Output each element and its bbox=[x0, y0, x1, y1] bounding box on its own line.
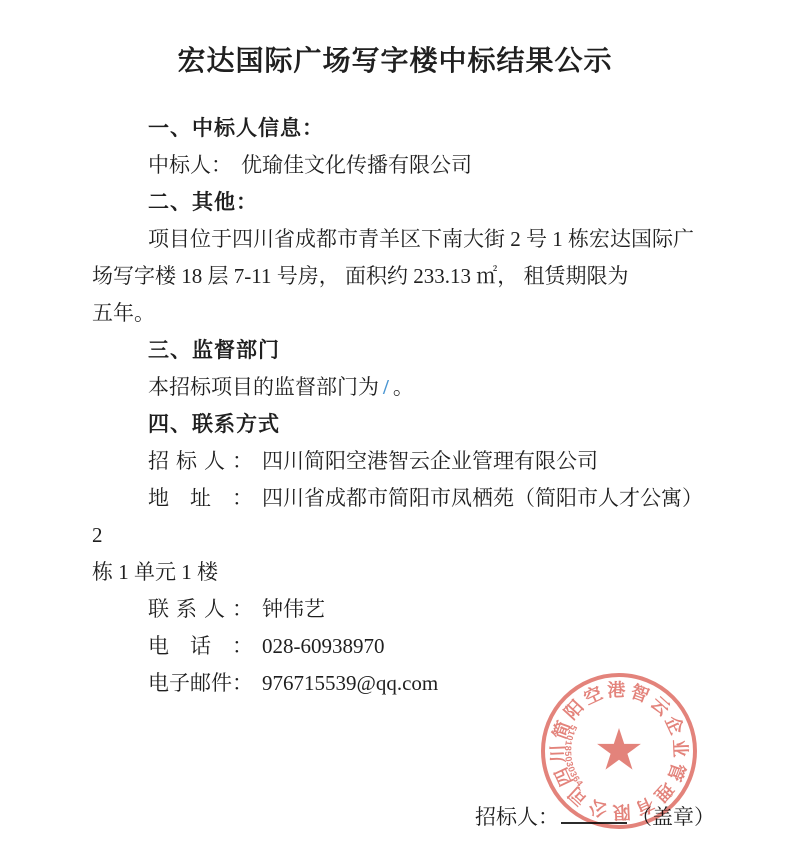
email-line: 电子邮件：976715539@qq.com bbox=[92, 665, 698, 702]
project-paragraph-line3: 五年。 bbox=[92, 301, 155, 325]
section4-heading: 四、联系方式 bbox=[92, 406, 698, 443]
phone-label: 电话： bbox=[148, 628, 253, 665]
project-paragraph: 项目位于四川省成都市青羊区下南大街 2 号 1 栋宏达国际广场写字楼 18 层 … bbox=[92, 221, 698, 332]
contact-person-value: 钟伟艺 bbox=[253, 597, 325, 621]
document-body: 宏达国际广场写字楼中标结果公示 一、中标人信息： 中标人：优瑜佳文化传播有限公司… bbox=[92, 40, 698, 832]
project-paragraph-line2: 场写字楼 18 层 7-11 号房， 面积约 233.13 ㎡， 租赁期限为 bbox=[92, 264, 628, 288]
signature-label: 招标人： bbox=[475, 805, 559, 829]
address-line: 地址：四川省成都市简阳市凤栖苑（简阳市人才公寓）2栋 1 单元 1 楼 bbox=[92, 480, 698, 591]
winner-line: 中标人：优瑜佳文化传播有限公司 bbox=[92, 147, 698, 184]
winner-label: 中标人： bbox=[148, 153, 232, 177]
tenderer-label: 招标人： bbox=[148, 443, 253, 480]
section2-heading: 二、其他： bbox=[92, 184, 698, 221]
document-page: 宏达国际广场写字楼中标结果公示 一、中标人信息： 中标人：优瑜佳文化传播有限公司… bbox=[0, 0, 790, 853]
seal-note: （盖章） bbox=[631, 805, 715, 829]
tenderer-line: 招标人：四川简阳空港智云企业管理有限公司 bbox=[92, 443, 698, 480]
phone-value: 028-60938970 bbox=[253, 634, 385, 658]
email-label: 电子邮件： bbox=[148, 665, 253, 702]
tenderer-value: 四川简阳空港智云企业管理有限公司 bbox=[253, 449, 598, 473]
section3-heading: 三、监督部门 bbox=[92, 332, 698, 369]
project-paragraph-line1: 项目位于四川省成都市青羊区下南大街 2 号 1 栋宏达国际广 bbox=[148, 227, 694, 251]
email-value: 976715539@qq.com bbox=[253, 671, 438, 695]
section1-heading: 一、中标人信息： bbox=[92, 110, 698, 147]
supervision-slash-placeholder: / bbox=[379, 375, 393, 399]
address-label: 地址： bbox=[148, 480, 253, 517]
signature-row: 招标人：（盖章） bbox=[92, 802, 698, 832]
contact-person-line: 联系人：钟伟艺 bbox=[92, 591, 698, 628]
address-value-line2: 栋 1 单元 1 楼 bbox=[92, 560, 218, 584]
document-title: 宏达国际广场写字楼中标结果公示 bbox=[92, 40, 698, 84]
winner-value: 优瑜佳文化传播有限公司 bbox=[232, 153, 472, 177]
supervision-period: 。 bbox=[393, 375, 414, 399]
signature-blank-line bbox=[561, 820, 627, 824]
contact-person-label: 联系人： bbox=[148, 591, 253, 628]
phone-line: 电话：028-60938970 bbox=[92, 628, 698, 665]
supervision-text: 本招标项目的监督部门为 bbox=[148, 375, 379, 399]
supervision-line: 本招标项目的监督部门为/。 bbox=[92, 369, 698, 406]
